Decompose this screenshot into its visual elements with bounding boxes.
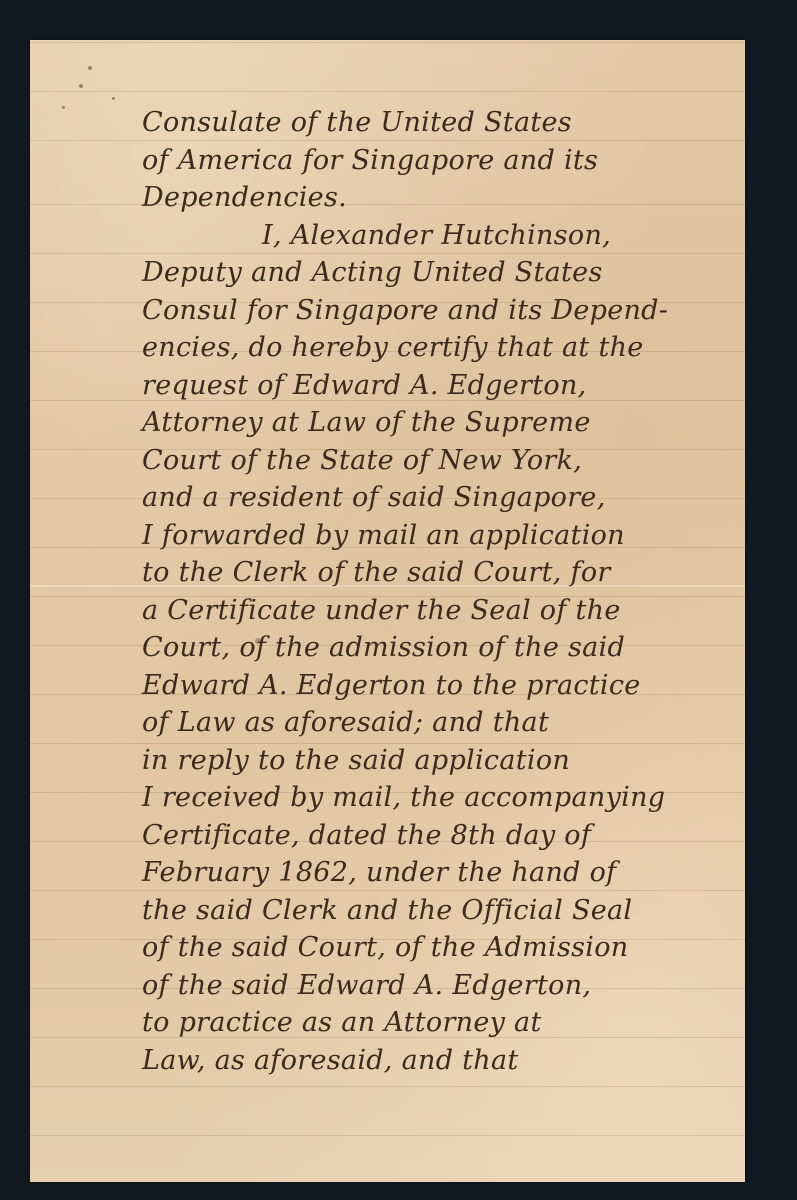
body-line: Court, of the admission of the said — [142, 629, 682, 667]
body-line: and a resident of said Singapore, — [142, 479, 682, 517]
body-line: in reply to the said application — [142, 742, 682, 780]
ink-spot — [79, 84, 83, 88]
scan-frame: Consulate of the United States of Americ… — [0, 0, 797, 1200]
body-line: Edward A. Edgerton to the practice — [142, 667, 682, 705]
body-line: encies, do hereby certify that at the — [142, 329, 682, 367]
body-line: I forwarded by mail an application — [142, 517, 682, 555]
body-line: Law, as aforesaid, and that — [142, 1042, 682, 1080]
body-line: I, Alexander Hutchinson, — [142, 217, 682, 255]
body-line: the said Clerk and the Official Seal — [142, 892, 682, 930]
body-line: Certificate, dated the 8th day of — [142, 817, 682, 855]
body-line: request of Edward A. Edgerton, — [142, 367, 682, 405]
ink-spot — [112, 97, 115, 100]
heading-line: Consulate of the United States — [142, 104, 682, 142]
body-line: I received by mail, the accompanying — [142, 779, 682, 817]
ink-spot — [88, 66, 92, 70]
body-line: Deputy and Acting United States — [142, 254, 682, 292]
body-line: to practice as an Attorney at — [142, 1004, 682, 1042]
ink-spot — [62, 106, 65, 109]
body-line: Court of the State of New York, — [142, 442, 682, 480]
body-line: of the said Court, of the Admission — [142, 929, 682, 967]
body-line: of the said Edward A. Edgerton, — [142, 967, 682, 1005]
handwritten-text: Consulate of the United States of Americ… — [142, 104, 682, 1079]
body-line: a Certificate under the Seal of the — [142, 592, 682, 630]
body-line: to the Clerk of the said Court, for — [142, 554, 682, 592]
body-line: February 1862, under the hand of — [142, 854, 682, 892]
heading-line: Dependencies. — [142, 179, 682, 217]
body-line: Attorney at Law of the Supreme — [142, 404, 682, 442]
body-line: of Law as aforesaid; and that — [142, 704, 682, 742]
heading-line: of America for Singapore and its — [142, 142, 682, 180]
body-line: Consul for Singapore and its Depend- — [142, 292, 682, 330]
